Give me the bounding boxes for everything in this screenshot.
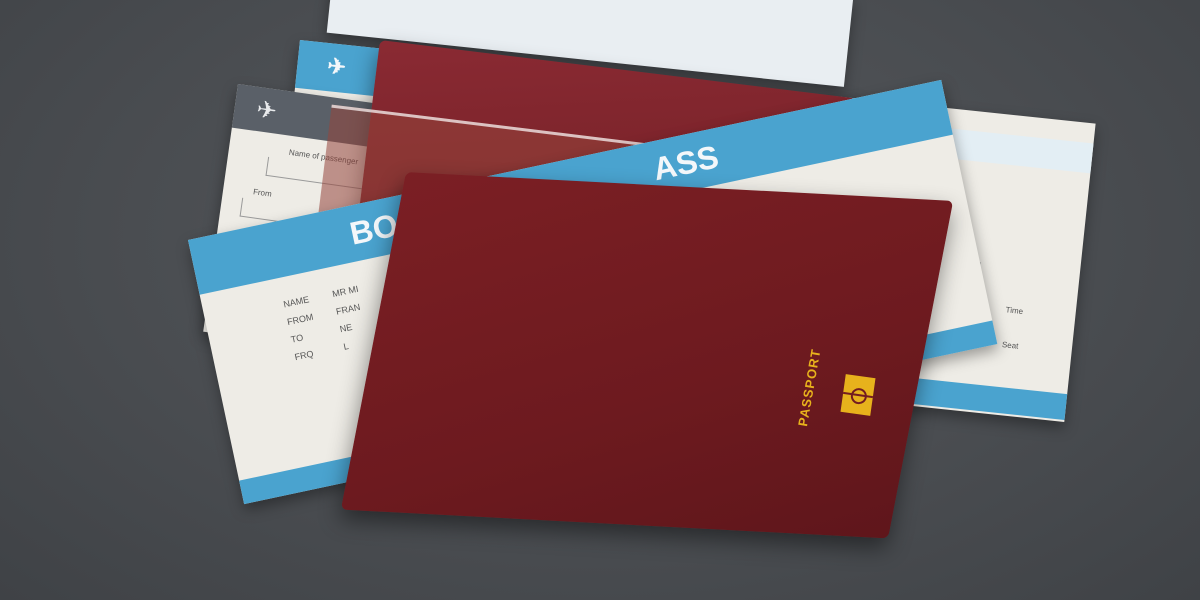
- airplane-icon: ✈: [326, 53, 347, 81]
- front-ticket-rows: NAMEMR MI FROMFRAN TONE FRQL: [282, 280, 372, 366]
- front-passport: [341, 172, 953, 538]
- airplane-icon: ✈: [255, 95, 279, 127]
- front-ticket-title-right: ASS: [650, 138, 722, 188]
- stub-label-from: From: [253, 187, 273, 199]
- time-label: Time: [1005, 305, 1023, 316]
- seat-label: Seat: [1002, 340, 1019, 351]
- photo-scene: ✈ Boarding pass Time Seat ✈ Name of pass…: [0, 0, 1200, 600]
- biometric-chip-icon: [841, 374, 876, 416]
